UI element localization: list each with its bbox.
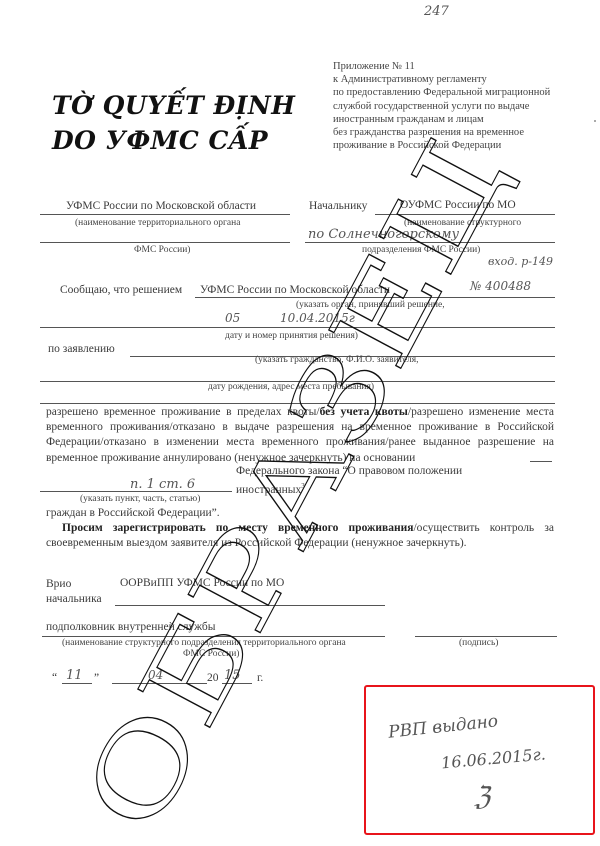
paragraph-bold: без учета квоты	[320, 406, 408, 418]
divider	[375, 214, 555, 215]
recipient-caption-2: подразделения ФМС России)	[362, 245, 480, 256]
divider	[222, 683, 252, 684]
decision-number-handwritten: № 400488	[470, 279, 531, 293]
divider	[195, 297, 555, 298]
date-year-handwritten: 15	[224, 668, 241, 683]
divider	[530, 461, 552, 462]
appendix-line: без гражданства разрешения на временное	[333, 126, 550, 139]
recipient-label: Начальнику	[309, 199, 367, 213]
sender-caption: (наименование территориального органа	[75, 218, 240, 229]
request-bold: Просим зарегистрировать по месту временн…	[62, 522, 413, 534]
appendix-line: службой государственной услуги по выдаче	[333, 100, 550, 113]
appendix-line: Приложение № 11	[333, 60, 550, 73]
date-month-handwritten: 04	[148, 668, 163, 682]
paragraph-text: разрешено временное проживание в предела…	[46, 406, 320, 418]
decision-caption: (указать орган, принявший решение,	[296, 300, 445, 311]
overlay-title-line1: TỜ QUYẾT ĐỊNH	[52, 88, 295, 123]
scan-speck	[594, 120, 596, 122]
date-close-quote: ”	[94, 671, 99, 685]
date-day-handwritten: 11	[66, 668, 83, 683]
issued-note-box: РВП выдано 16.06.2015г. ℨ	[364, 685, 595, 835]
divider	[305, 242, 555, 243]
divider	[42, 636, 385, 637]
appendix-line: к Административному регламенту	[333, 73, 550, 86]
recipient-handwritten: по Солнечногорскому	[308, 227, 459, 242]
appendix-line: по предоставлению Федеральной миграционн…	[333, 86, 550, 99]
unit-value: ООРВиПП УФМС России по МО	[120, 576, 284, 590]
appendix-line: проживание в Российской Федерации	[333, 139, 550, 152]
request-paragraph: Просим зарегистрировать по месту временн…	[46, 521, 554, 551]
law-line-1: Федерального закона “О правовом положени…	[236, 464, 462, 478]
position-label: Врио	[46, 577, 71, 591]
overlay-title-line2: DO УФМС CẤP	[52, 123, 295, 158]
divider	[40, 491, 232, 492]
rank-value: подполковник внутренней службы	[46, 620, 215, 634]
divider	[40, 214, 290, 215]
divider	[40, 327, 555, 328]
appendix-line: иностранным гражданам и лицам	[333, 113, 550, 126]
divider	[40, 242, 290, 243]
footnote-marker: 3	[301, 482, 305, 490]
signature-field	[415, 636, 557, 637]
issued-note-line1: РВП выдано	[387, 711, 499, 742]
appendix-header: Приложение № 11 к Административному регл…	[333, 60, 550, 152]
divider	[40, 403, 555, 404]
application-caption-2: дату рождения, адрес места пребывания)	[208, 382, 374, 393]
decision-label: Сообщаю, что решением	[60, 283, 182, 297]
decision-value: УФМС России по Московской области	[200, 283, 390, 297]
issued-note-date: 16.06.2015г.	[440, 744, 546, 772]
basis-caption: (указать пункт, часть, статью)	[80, 494, 200, 505]
date-year-prefix: 20	[207, 671, 219, 685]
page-number-handwritten: 247	[424, 4, 449, 19]
rank-caption: (наименование структурного подразделения…	[62, 638, 346, 649]
divider	[115, 605, 385, 606]
rank-caption-2: ФМС России)	[183, 649, 239, 660]
divider	[112, 683, 207, 684]
issued-note-signature: ℨ	[474, 782, 490, 812]
decision-caption-2: дату и номер принятия решения)	[225, 331, 358, 342]
overlay-title: TỜ QUYẾT ĐỊNH DO УФМС CẤP	[52, 88, 295, 158]
law-line-2: иностранных3	[236, 479, 305, 497]
sender-value: УФМС России по Московской области	[66, 199, 256, 213]
application-caption: (указать гражданство, Ф.И.О. заявителя,	[255, 355, 419, 366]
date-open-quote: “	[52, 671, 57, 685]
recipient-value: ОУФМС России по МО	[400, 198, 516, 212]
decision-date-handwritten: 10.04.2015г	[280, 311, 355, 325]
decision-paragraph: разрешено временное проживание в предела…	[46, 405, 554, 466]
incoming-number-handwritten: вход. р-149	[488, 255, 553, 268]
date-suffix: г.	[257, 671, 263, 685]
position-label-2: начальника	[46, 592, 102, 606]
application-label: по заявлению	[48, 342, 115, 356]
law-line-2-text: иностранных	[236, 484, 301, 496]
law-line-3: граждан в Российской Федерации”.	[46, 506, 220, 520]
decision-day-handwritten: 05	[225, 311, 240, 325]
signature-caption: (подпись)	[459, 638, 498, 649]
sender-caption-2: ФМС России)	[134, 245, 190, 256]
basis-handwritten: п. 1 ст. 6	[130, 477, 195, 492]
divider	[62, 683, 92, 684]
